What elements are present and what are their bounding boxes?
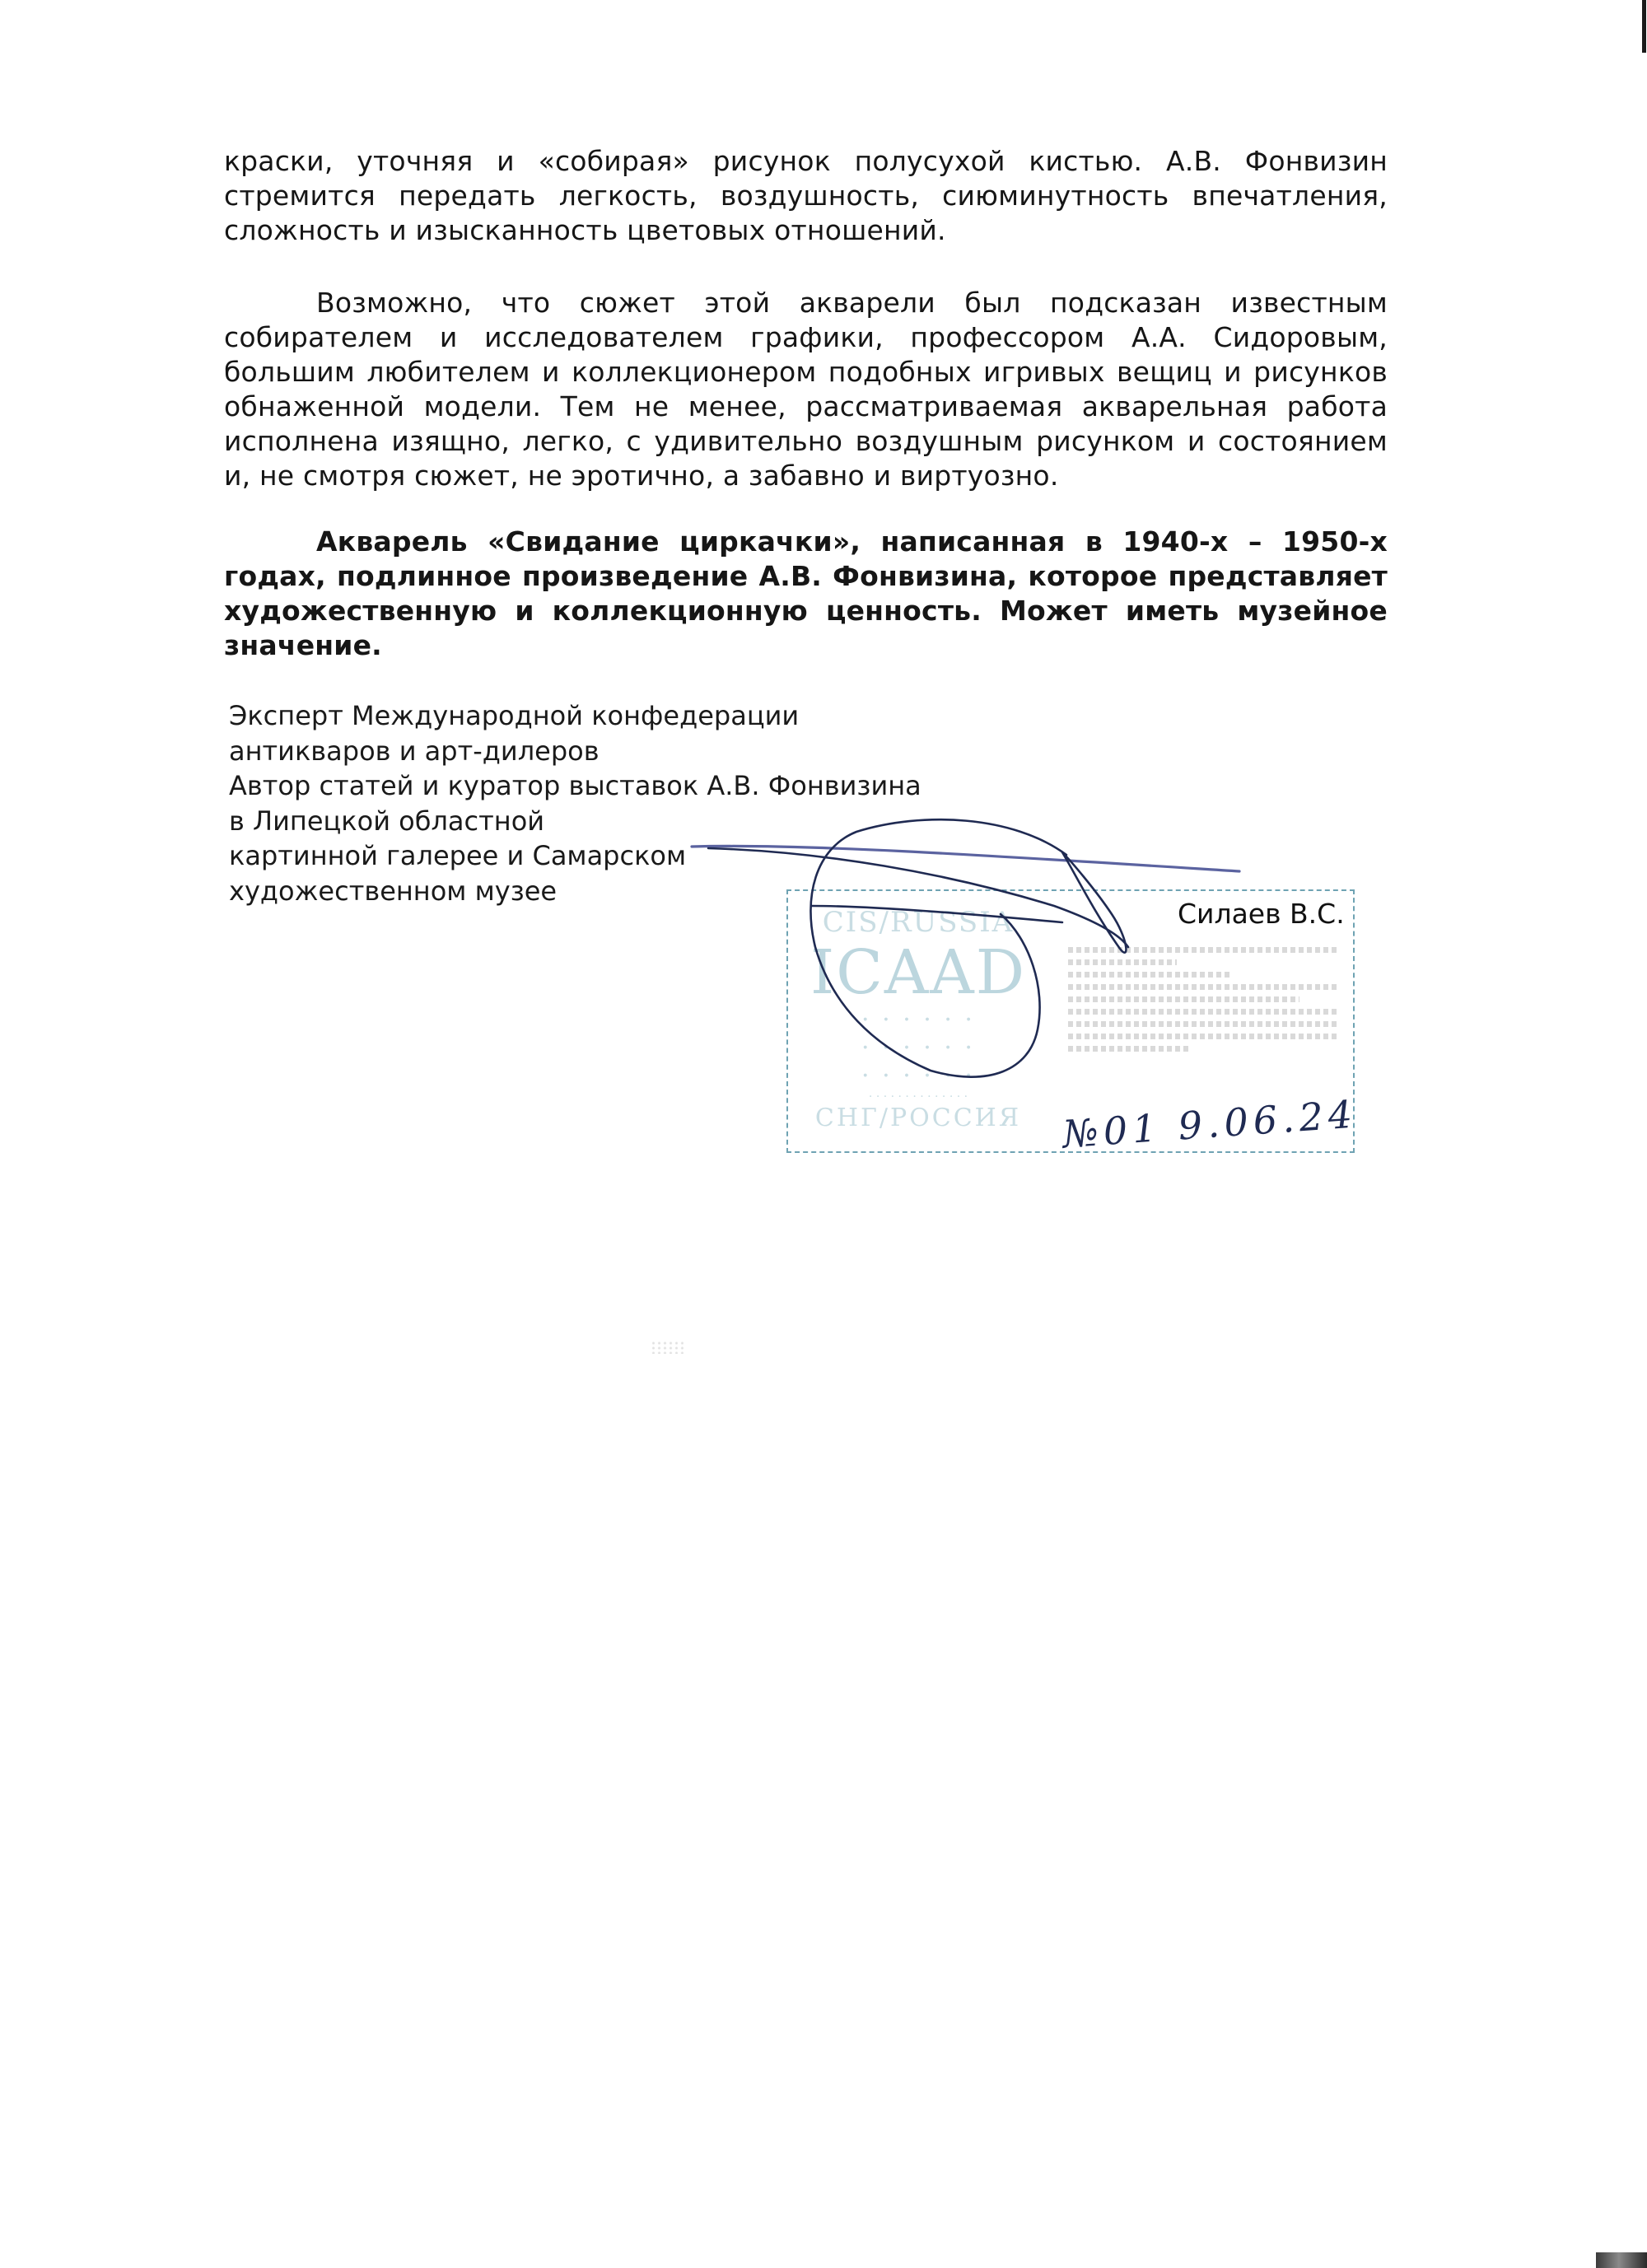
handwritten-signature-icon [0, 0, 1647, 1194]
scan-artifact [651, 1341, 684, 1354]
scan-edge-mark [1642, 0, 1646, 53]
scan-edge-mark [1596, 2252, 1647, 2268]
document-page: краски, уточняя и «собирая» рисунок полу… [0, 0, 1647, 2268]
